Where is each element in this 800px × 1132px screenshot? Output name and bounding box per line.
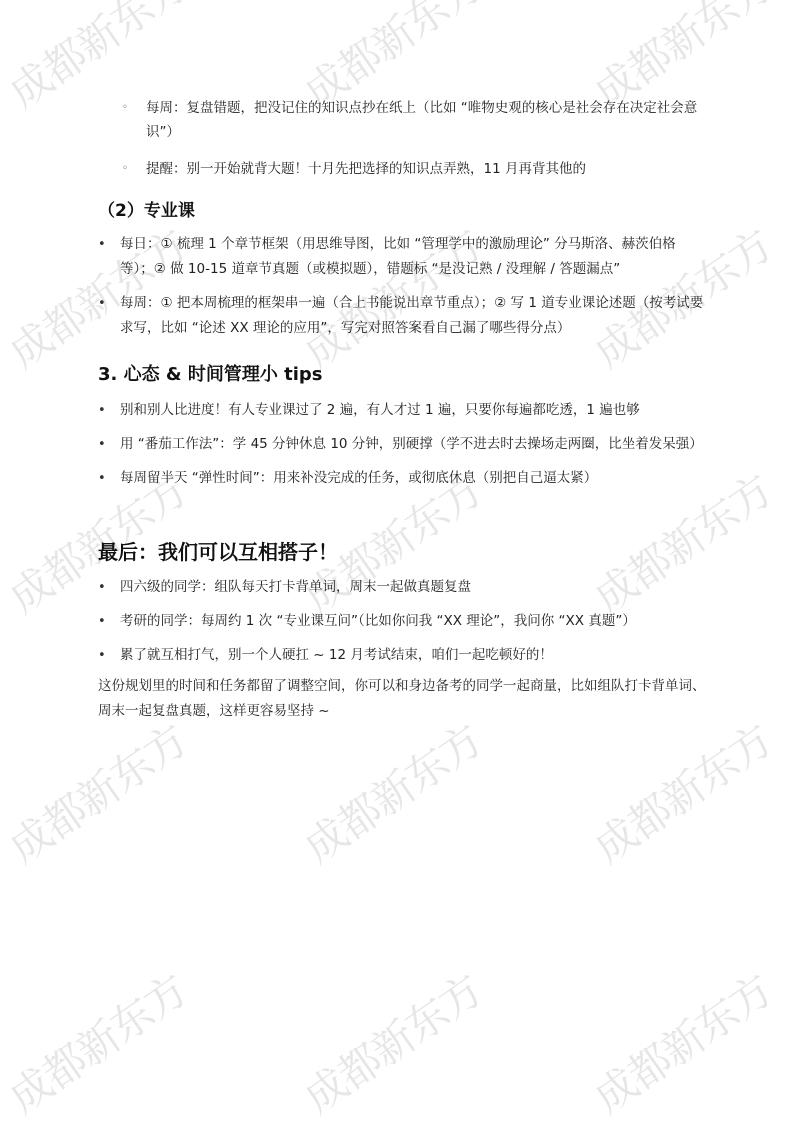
section-heading-closing: 最后：我们可以互相搭子！: [98, 536, 338, 565]
list-item-text: 用 “番茄工作法”：学 45 分钟休息 10 分钟，别硬撑（学不进去时去操场走两…: [120, 436, 703, 452]
bullet-icon: •: [98, 643, 106, 668]
closing-paragraph: 这份规划里的时间和任务都留了调整空间，你可以和身边备考的同学一起商量，比如组队打…: [98, 674, 708, 724]
closing-list: • 四六级的同学：组队每天打卡背单词，周末一起做真题复盘 • 考研的同学：每周约…: [98, 575, 708, 677]
hollow-bullet-icon: ◦: [122, 96, 128, 120]
bullet-icon: •: [98, 291, 106, 316]
bullet-icon: •: [98, 575, 106, 600]
section-heading-tips: 3. 心态 & 时间管理小 tips: [98, 360, 323, 386]
bullet-icon: •: [98, 398, 106, 423]
list-item: • 考研的同学：每周约 1 次 “专业课互问”（比如你问我 “XX 理论”，我问…: [98, 609, 708, 634]
list-item: • 每日：① 梳理 1 个章节框架（用思维导图，比如 “管理学中的激励理论” 分…: [98, 232, 708, 282]
bullet-icon: •: [98, 232, 106, 257]
politics-sub-list: ◦ 每周：复盘错题，把没记住的知识点抄在纸上（比如 “唯物史观的核心是社会存在决…: [118, 96, 708, 194]
list-item-text: 每周留半天 “弹性时间”：用来补没完成的任务，或彻底休息（别把自己逼太紧）: [120, 470, 597, 486]
list-item-text: 累了就互相打气，别一个人硬扛 ~ 12 月考试结束，咱们一起吃顿好的！: [120, 647, 553, 663]
list-item-text: 每日：① 梳理 1 个章节框架（用思维导图，比如 “管理学中的激励理论” 分马斯…: [120, 236, 676, 277]
list-item-text: 每周：① 把本周梳理的框架串一遍（合上书能说出章节重点）；② 写 1 道专业课论…: [120, 295, 703, 336]
list-item-text: 考研的同学：每周约 1 次 “专业课互问”（比如你问我 “XX 理论”，我问你 …: [120, 613, 636, 629]
list-item: ◦ 提醒：别一开始就背大题！十月先把选择的知识点弄熟，11 月再背其他的: [118, 157, 708, 181]
list-item-text: 别和别人比进度！有人专业课过了 2 遍，有人才过 1 遍，只要你每遍都吃透，1 …: [120, 402, 640, 418]
list-item: ◦ 每周：复盘错题，把没记住的知识点抄在纸上（比如 “唯物史观的核心是社会存在决…: [118, 96, 708, 144]
major-course-list: • 每日：① 梳理 1 个章节框架（用思维导图，比如 “管理学中的激励理论” 分…: [98, 232, 708, 350]
section-heading-major-course: （2）专业课: [98, 196, 195, 221]
bullet-icon: •: [98, 609, 106, 634]
hollow-bullet-icon: ◦: [122, 157, 128, 181]
list-item: • 每周：① 把本周梳理的框架串一遍（合上书能说出章节重点）；② 写 1 道专业…: [98, 291, 708, 341]
document-page: ◦ 每周：复盘错题，把没记住的知识点抄在纸上（比如 “唯物史观的核心是社会存在决…: [0, 0, 800, 1132]
tips-list: • 别和别人比进度！有人专业课过了 2 遍，有人才过 1 遍，只要你每遍都吃透，…: [98, 398, 708, 500]
list-item-text: 每周：复盘错题，把没记住的知识点抄在纸上（比如 “唯物史观的核心是社会存在决定社…: [146, 100, 697, 140]
list-item-text: 提醒：别一开始就背大题！十月先把选择的知识点弄熟，11 月再背其他的: [146, 161, 586, 177]
list-item: • 别和别人比进度！有人专业课过了 2 遍，有人才过 1 遍，只要你每遍都吃透，…: [98, 398, 708, 423]
list-item: • 四六级的同学：组队每天打卡背单词，周末一起做真题复盘: [98, 575, 708, 600]
list-item-text: 四六级的同学：组队每天打卡背单词，周末一起做真题复盘: [120, 579, 471, 595]
list-item: • 每周留半天 “弹性时间”：用来补没完成的任务，或彻底休息（别把自己逼太紧）: [98, 466, 708, 491]
bullet-icon: •: [98, 432, 106, 457]
bullet-icon: •: [98, 466, 106, 491]
list-item: • 累了就互相打气，别一个人硬扛 ~ 12 月考试结束，咱们一起吃顿好的！: [98, 643, 708, 668]
list-item: • 用 “番茄工作法”：学 45 分钟休息 10 分钟，别硬撑（学不进去时去操场…: [98, 432, 708, 457]
